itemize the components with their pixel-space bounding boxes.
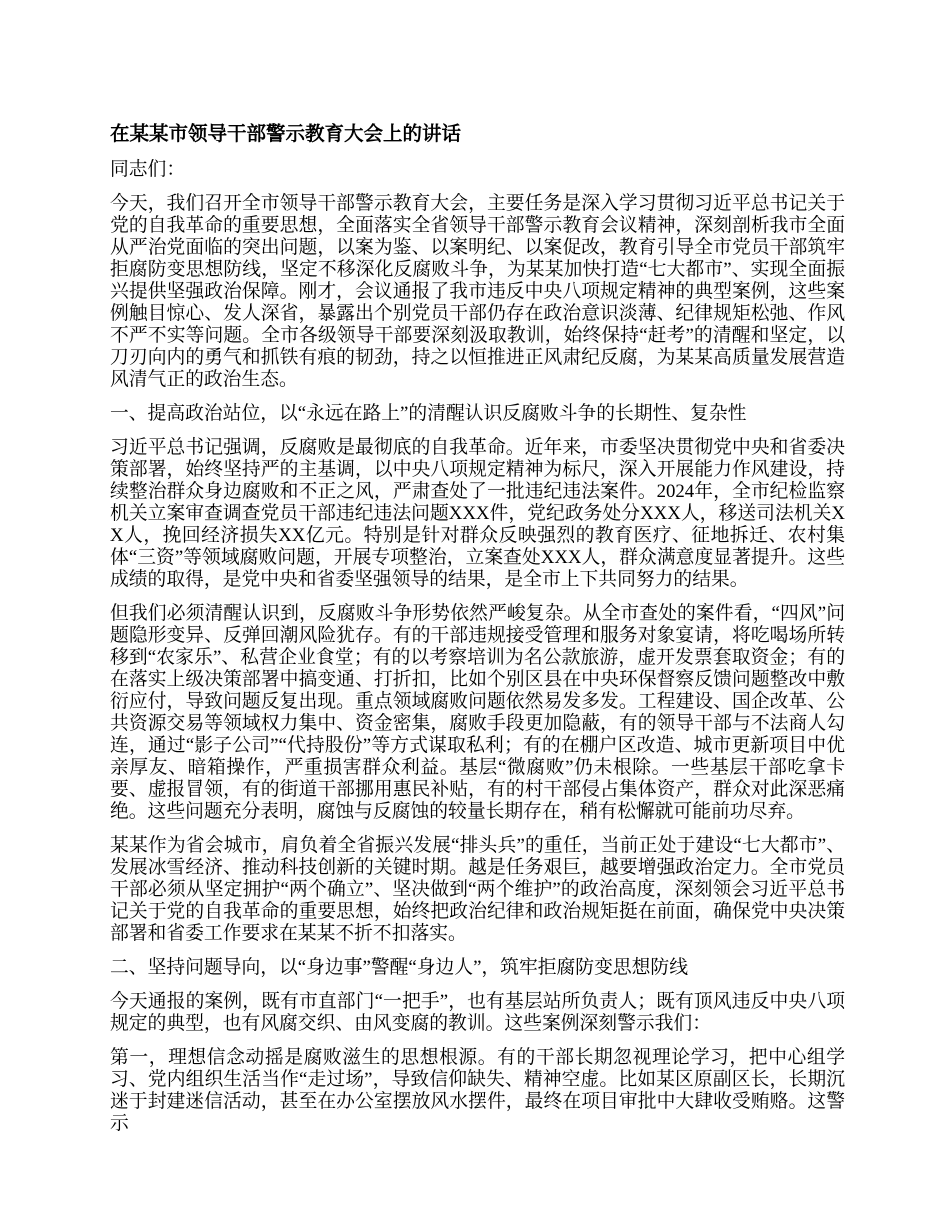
section-heading-1: 一、提高政治站位，以“永远在路上”的清醒认识反腐败斗争的长期性、复杂性 bbox=[110, 403, 845, 425]
salutation: 同志们： bbox=[110, 159, 845, 181]
paragraph-city-role: 某某作为省会城市，肩负着全省振兴发展“排头兵”的重任，当前正处于建设“七大都市”… bbox=[110, 835, 845, 945]
paragraph-lesson-first: 第一，理想信念动摇是腐败滋生的思想根源。有的干部长期忽视理论学习，把中心组学习、… bbox=[110, 1047, 845, 1135]
document-title: 在某某市领导干部警示教育大会上的讲话 bbox=[110, 124, 845, 146]
document-page: 在某某市领导干部警示教育大会上的讲话 同志们： 今天，我们召开全市领导干部警示教… bbox=[0, 0, 950, 1230]
paragraph-cases-overview: 今天通报的案例，既有市直部门“一把手”，也有基层站所负责人；既有顶风违反中央八项… bbox=[110, 991, 845, 1035]
paragraph-intro: 今天，我们召开全市领导干部警示教育大会，主要任务是深入学习贯彻习近平总书记关于党… bbox=[110, 193, 845, 391]
paragraph-achievements: 习近平总书记强调，反腐败是最彻底的自我革命。近年来，市委坚决贯彻党中央和省委决策… bbox=[110, 437, 845, 591]
section-heading-2: 二、坚持问题导向，以“身边事”警醒“身边人”，筑牢拒腐防变思想防线 bbox=[110, 957, 845, 979]
paragraph-situation: 但我们必须清醒认识到，反腐败斗争形势依然严峻复杂。从全市查处的案件看，“四风”问… bbox=[110, 603, 845, 823]
